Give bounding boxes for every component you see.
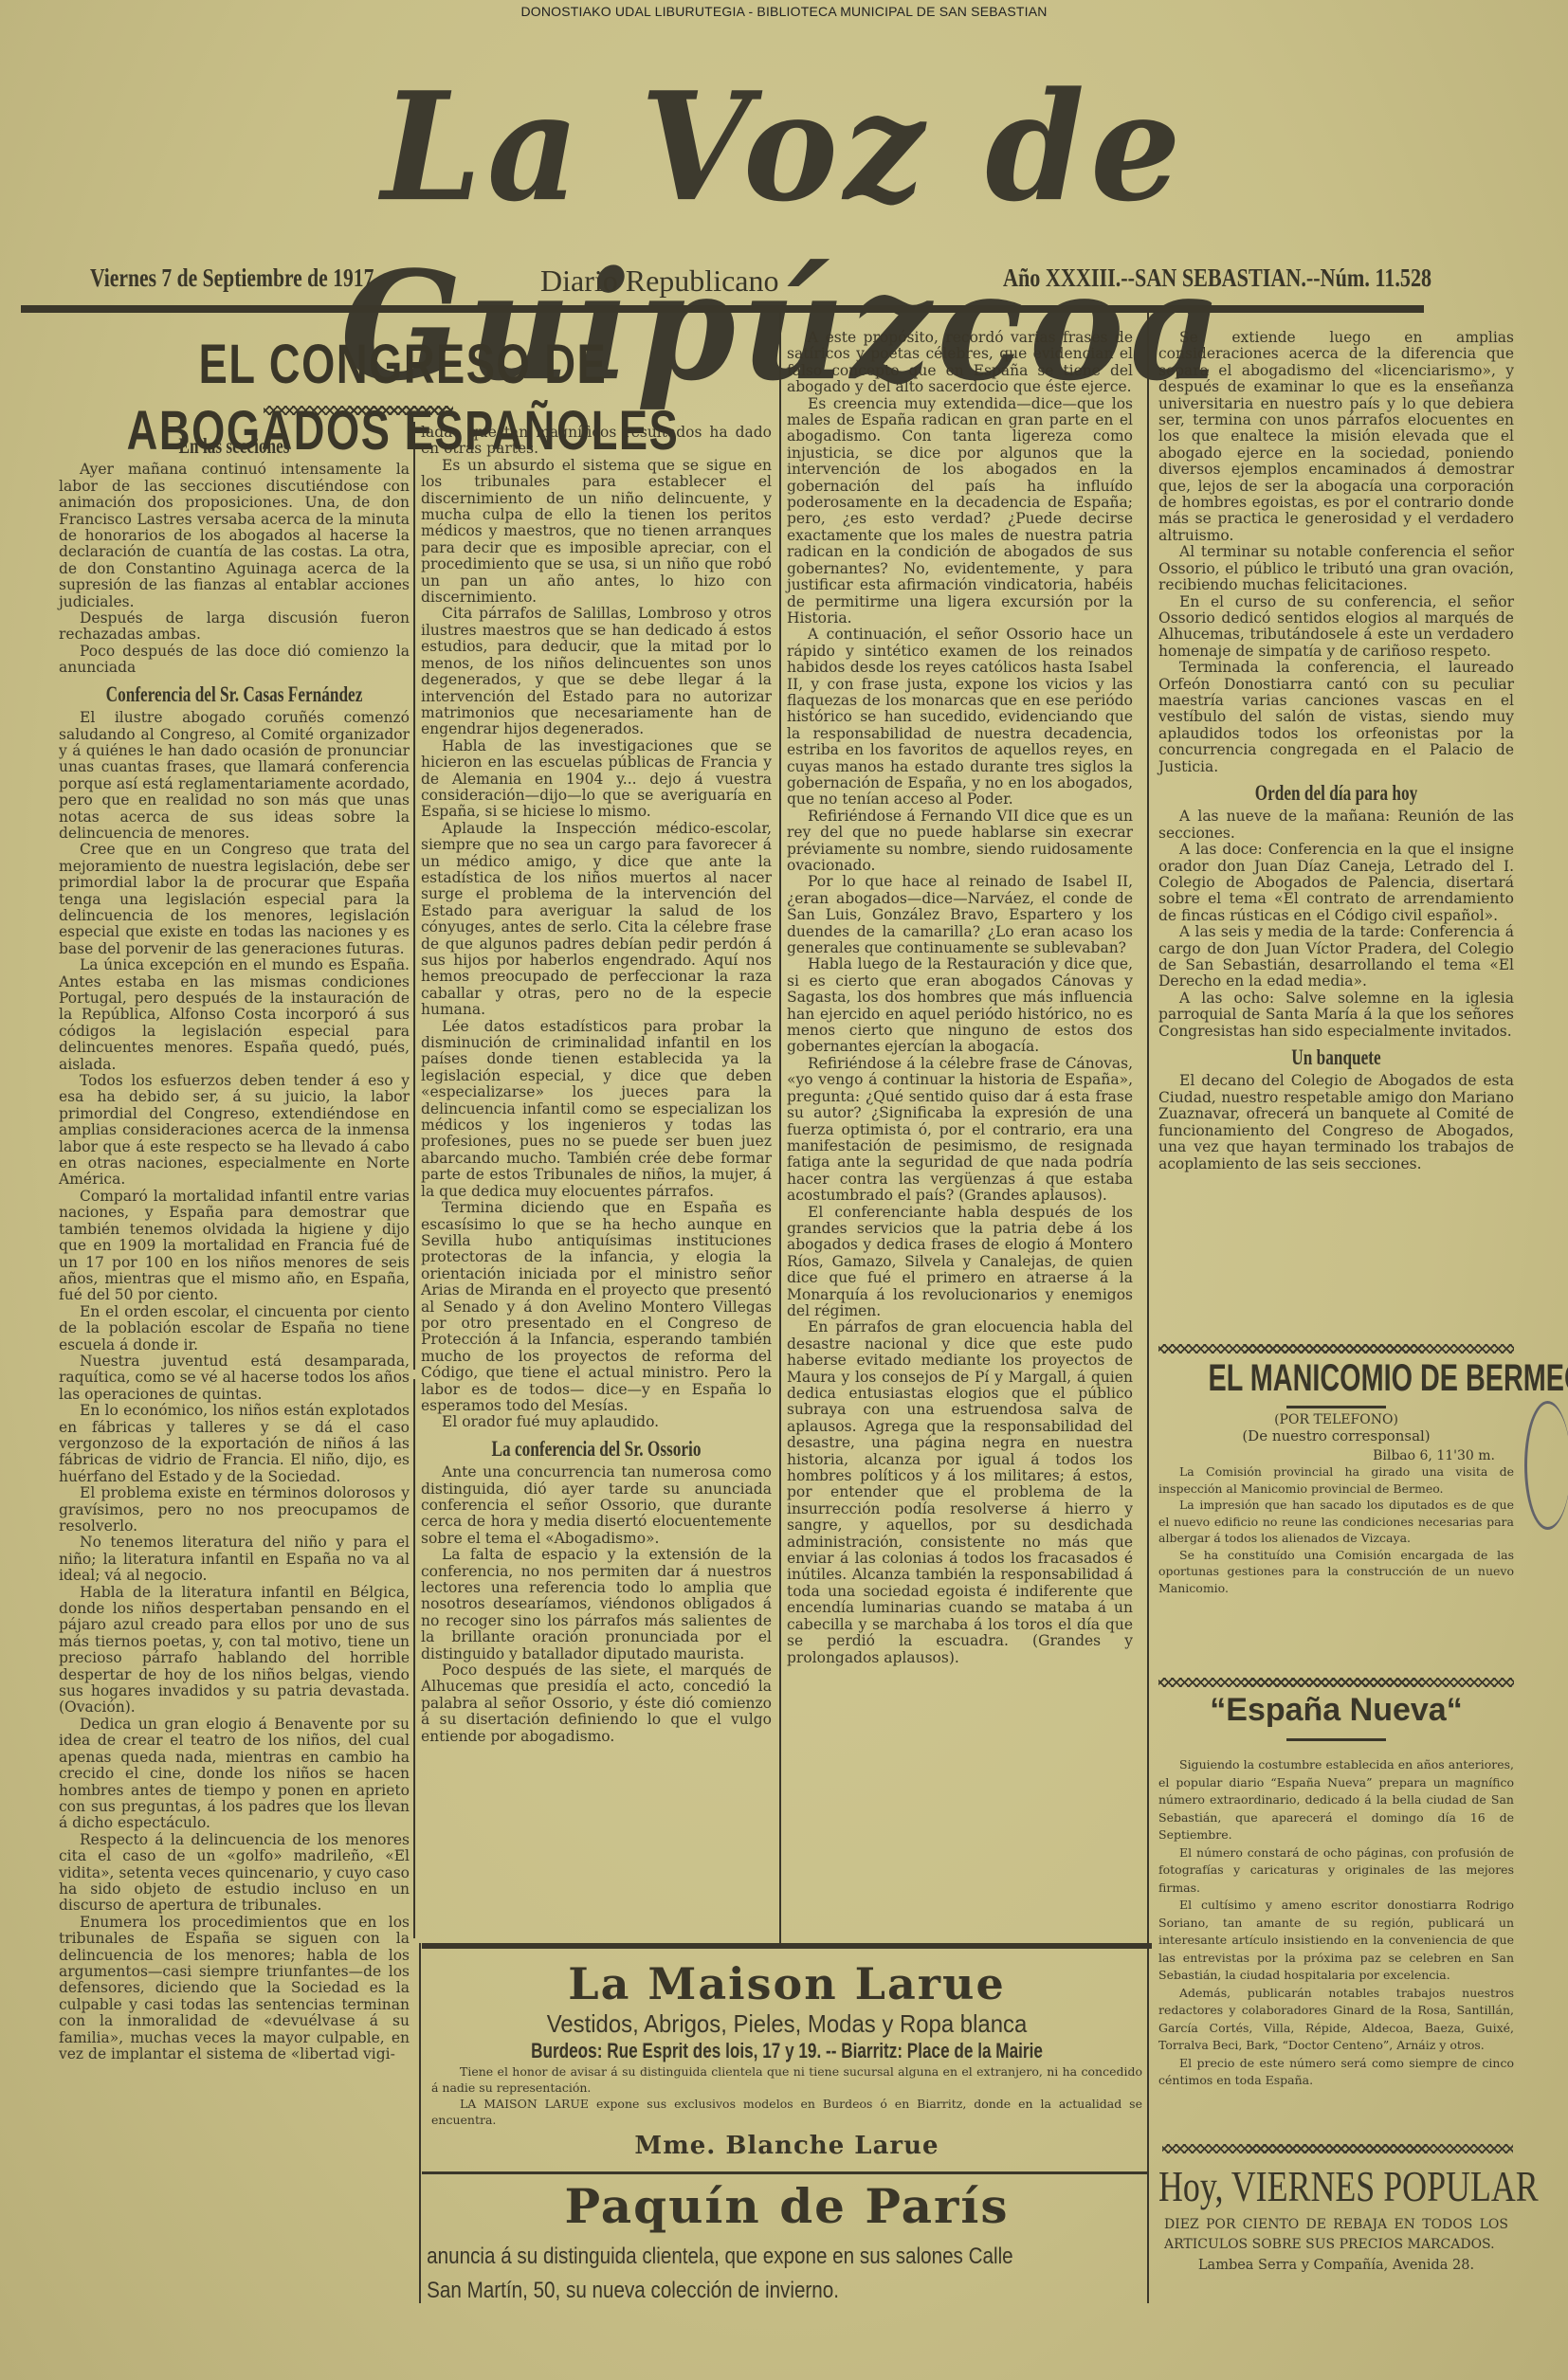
paragraph: El decano del Colegio de Abogados de est… [1158,1073,1514,1172]
paragraph: No tenemos literatura del niño y para el… [59,1535,410,1584]
paragraph: Ante una concurrencia tan numerosa como … [421,1464,772,1547]
masthead-subtitle: Diario Republicano [540,263,778,299]
ad-larue-addresses: Burdeos: Rue Esprit des lois, 17 y 19. -… [502,2039,1072,2063]
espana-nueva-headline: “España Nueva“ [1158,1692,1514,1729]
paragraph: Comparó la mortalidad infantil entre var… [59,1189,410,1304]
ad-paquin-line-2: San Martín, 50, su nueva colección de in… [422,2278,1049,2304]
espana-nueva-body: Siguiendo la costumbre establecida en añ… [1158,1756,1514,2090]
column-4: Se extiende luego en amplias consideraci… [1158,330,1514,1172]
ornament-rule [1158,1344,1514,1354]
paragraph: Aplaude la Inspección médico-escolar, si… [421,821,772,1019]
bermeo-article: EL MANICOMIO DE BERMEO (POR TELEFONO) (D… [1158,1357,1514,1596]
paragraph: Por lo que hace al reinado de Isabel II,… [787,874,1133,956]
rule [1286,1738,1386,1741]
ad-paquin-title: Paquín de París [422,2178,1152,2234]
paragraph: lada» que tan magníficos resultados ha d… [421,425,772,458]
column-divider [413,1379,415,1938]
ad-paquin-line-1: anuncia á su distinguida clientela, que … [422,2244,1049,2270]
paragraph: Todos los esfuerzos deben tender á eso y… [59,1073,410,1189]
paragraph: En párrafos de gran elocuencia habla del… [787,1319,1133,1666]
column-divider [779,313,781,1943]
issue-date: Viernes 7 de Septiembre de 1917 [90,263,374,293]
section-heading: Conferencia del Sr. Casas Fernández [102,686,366,702]
bermeo-body: La Comisión provincial ha girado una vis… [1158,1463,1514,1596]
paragraph: En el orden escolar, el cincuenta por ci… [59,1304,410,1354]
ad-paquin-de-paris: Paquín de París anuncia á su distinguida… [422,2178,1152,2304]
paragraph: Tiene el honor de avisar á su distinguid… [431,2063,1142,2096]
ad-la-maison-larue: La Maison Larue Vestidos, Abrigos, Piele… [422,1958,1152,2160]
paragraph: Poco después de las doce dió comienzo la… [59,644,410,677]
paragraph: Dedica un gran elogio á Benavente por su… [59,1717,410,1832]
paragraph: A las seis y media de la tarde: Conferen… [1158,924,1514,990]
paragraph: El ilustre abogado coruñés comenzó salud… [59,710,410,842]
ad-larue-signature: Mme. Blanche Larue [422,2132,1152,2160]
paragraph: Respecto á la delincuencia de los menore… [59,1832,410,1915]
section-heading: En las secciones [102,438,366,454]
column-1: En las secciones Ayer mañana continuó in… [59,428,410,2062]
viernes-popular-headline: Hoy, VIERNES POPULAR [1158,2161,1436,2211]
paragraph: El precio de este número será como siemp… [1158,2055,1514,2090]
paragraph: En lo económico, los niños están explota… [59,1403,410,1485]
paragraph: Se extiende luego en amplias consideraci… [1158,330,1514,544]
paragraph: La impresión que han sacado los diputado… [1158,1497,1514,1547]
paragraph: La única excepción en el mundo es España… [59,957,410,1073]
viernes-popular-ad: Hoy, VIERNES POPULAR DIEZ POR CIENTO DE … [1158,2161,1514,2273]
paragraph: La falta de espacio y la extensión de la… [421,1547,772,1662]
rule [1286,1406,1386,1408]
bermeo-headline: EL MANICOMIO DE BERMEO [1209,1357,1465,1400]
section-heading: La conferencia del Sr. Ossorio [465,1441,728,1457]
paragraph: Después de larga discusión fueron rechaz… [59,610,410,644]
ink-mark [1524,1401,1568,1530]
paragraph: Es un absurdo el sistema que se sigue en… [421,458,772,607]
ad-larue-body: Tiene el honor de avisar á su distinguid… [422,2063,1152,2128]
paragraph: Habla de las investigaciones que se hici… [421,738,772,821]
paragraph: A las nueve de la mañana: Reunión de las… [1158,808,1514,842]
paragraph: Se ha constituído una Comisión encargada… [1158,1547,1514,1597]
paragraph: A este propósito, recordó varias frases … [787,330,1133,396]
paragraph: El problema existe en términos dolorosos… [59,1485,410,1535]
paragraph: Enumera los procedimientos que en los tr… [59,1915,410,2063]
paragraph: Siguiendo la costumbre establecida en añ… [1158,1756,1514,1844]
masthead-rule [21,305,1424,313]
paragraph: A las doce: Conferencia en la que el ins… [1158,842,1514,924]
paragraph: El número constará de ocho páginas, con … [1158,1844,1514,1898]
paragraph: Habla de la literatura infantil en Bélgi… [59,1585,410,1717]
bermeo-byline: (De nuestro corresponsal) [1158,1427,1514,1444]
paragraph: El orador fué muy aplaudido. [421,1414,772,1430]
column-divider [413,422,415,1370]
paragraph: A continuación, el señor Ossorio hace un… [787,627,1133,808]
espana-nueva-article: “España Nueva“ Siguiendo la costumbre es… [1158,1692,1514,2090]
rule [422,1943,1152,1949]
ad-border [419,1943,421,2303]
section-heading: Orden del día para hoy [1203,785,1469,801]
dateline: Viernes 7 de Septiembre de 1917 Diario R… [0,263,1568,301]
paragraph: LA MAISON LARUE expone sus exclusivos mo… [431,2096,1142,2128]
column-2: lada» que tan magníficos resultados ha d… [421,425,772,1745]
paragraph: El cultísimo y ameno escritor donostiarr… [1158,1897,1514,1985]
section-heading: Un banquete [1203,1049,1469,1065]
paragraph: Cita párrafos de Salillas, Lombroso y ot… [421,606,772,737]
viernes-popular-signature: Lambea Serra y Compañía, Avenida 28. [1158,2258,1514,2273]
archive-header: DONOSTIAKO UDAL LIBURUTEGIA - BIBLIOTECA… [0,4,1568,19]
bermeo-via: (POR TELEFONO) [1158,1412,1514,1427]
paragraph: Lée datos estadísticos para probar la di… [421,1019,772,1200]
paragraph: La Comisión provincial ha girado una vis… [1158,1463,1514,1497]
paragraph: Termina diciendo que en España es escasí… [421,1200,772,1414]
paragraph: Poco después de las siete, el marqués de… [421,1662,772,1745]
paragraph: Cree que en un Congreso que trata del me… [59,842,410,957]
paragraph: Es creencia muy extendida—dice—que los m… [787,396,1133,627]
issue-number: Año XXXIII.--SAN SEBASTIAN.--Núm. 11.528 [1003,263,1431,293]
ornament-rule [1162,2144,1513,2153]
paragraph: Habla luego de la Restauración y dice qu… [787,956,1133,1055]
paragraph: Al terminar su notable conferencia el se… [1158,544,1514,593]
paragraph: Ayer mañana continuó intensamente la lab… [59,462,410,610]
ad-larue-title: La Maison Larue [422,1958,1152,2009]
ornament-rule [1158,1678,1514,1687]
rule [422,2171,1147,2174]
viernes-popular-body: DIEZ POR CIENTO DE REBAJA EN TODOS LOS A… [1158,2211,1514,2255]
bermeo-dateline: Bilbao 6, 11'30 m. [1158,1448,1514,1463]
paragraph: Terminada la conferencia, el laureado Or… [1158,660,1514,775]
paragraph: Refiriéndose á Fernando VII dice que es … [787,808,1133,875]
ad-larue-subtitle: Vestidos, Abrigos, Pieles, Modas y Ropa … [451,2009,1122,2039]
paragraph: Además, publicarán notables trabajos nue… [1158,1985,1514,2055]
paragraph: Refiriéndose á la célebre frase de Cánov… [787,1056,1133,1205]
paragraph: Nuestra juventud está desamparada, raquí… [59,1354,410,1403]
paragraph: En el curso de su conferencia, el señor … [1158,594,1514,661]
paragraph: A las ocho: Salve solemne en la iglesia … [1158,990,1514,1040]
paragraph: El conferenciante habla después de los g… [787,1205,1133,1320]
column-3: A este propósito, recordó varias frases … [787,330,1133,1666]
ornament-rule [264,406,453,415]
